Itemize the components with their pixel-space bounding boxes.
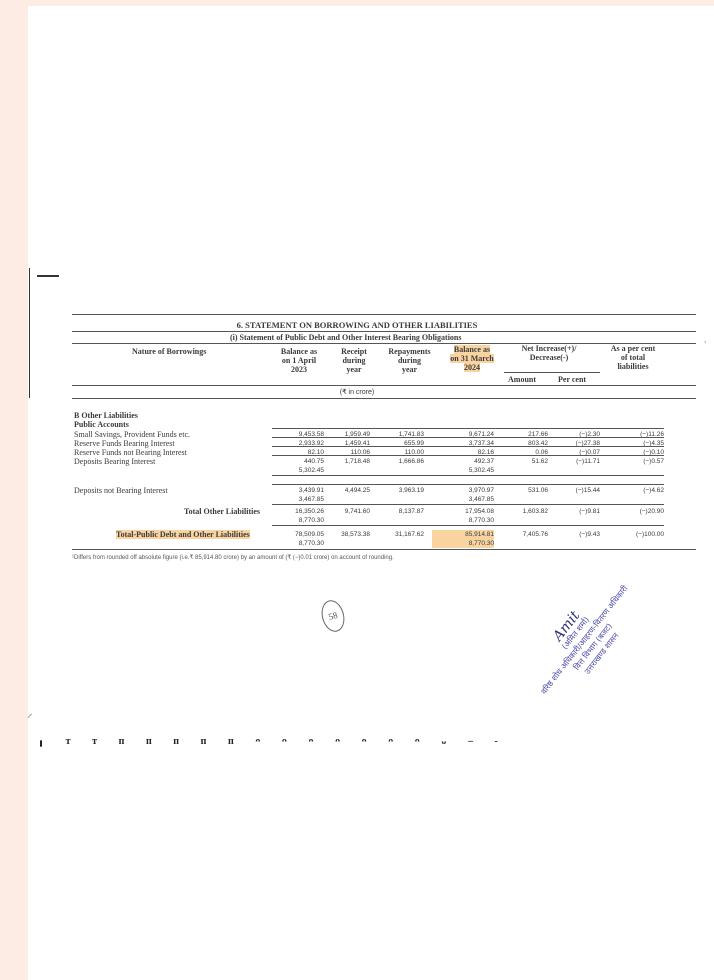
row-rule (272, 437, 664, 438)
header-receipt: Receiptduringyear (334, 347, 374, 374)
header-nature: Nature of Borrowings (132, 347, 206, 356)
margin-tick: , (704, 334, 707, 345)
row-label: Reserve Funds not Bearing Interest (74, 448, 187, 457)
total-other-opening: 16,350.26 (272, 507, 324, 516)
cell-closing: 3,970.97 (432, 486, 494, 495)
row-label: Reserve Funds Bearing Interest (74, 439, 175, 448)
row-label: Small Savings, Provident Funds etc. (74, 430, 190, 439)
row-label: Deposits Bearing Interest (74, 457, 155, 466)
subsection-label: Public Accounts (74, 420, 129, 429)
total-rule (272, 525, 664, 526)
total-other-repayment: 8,137.87 (372, 507, 424, 516)
bottom-rule (72, 549, 696, 550)
cell-repayment: 1,666.86 (372, 457, 424, 466)
footnote: ¹Differs from rounded off absolute figur… (72, 554, 394, 563)
stray-mark: ⸝ (27, 706, 33, 721)
header-opening: Balance ason 1 April2023 (274, 347, 324, 374)
cell-percent: (−)15.44 (548, 486, 600, 495)
statement-subtitle: (i) Statement of Public Debt and Other I… (230, 333, 461, 342)
row-rule (272, 428, 664, 429)
total-other-label: Total Other Liabilities (184, 507, 260, 516)
row-rule (272, 455, 664, 456)
cell-amount: 531.06 (500, 486, 548, 495)
total-public-label: Total-Public Debt and Other Liabilities (116, 530, 250, 539)
total-public-opening: 78,509.05 (272, 530, 324, 539)
unit-rule (72, 398, 696, 399)
total-other-closing: 17,954.08 (432, 507, 494, 516)
total-public-opening-secondary: 8,770.30 (272, 539, 324, 548)
header-closing: Balance as on 31 March 2024 (444, 345, 500, 372)
binding-marks: ╻ᴛᴛᴨᴨᴨᴨᴨᴖᴖᴖᴖᴖᴖᴖᴗ–- (38, 736, 498, 747)
cell-closing-secondary: 3,467.85 (432, 495, 494, 504)
row-rule (272, 475, 664, 476)
header-share: As a per centof totalliabilities (600, 344, 666, 371)
row-rule (272, 504, 664, 505)
row-rule (272, 446, 664, 447)
cell-share: (−)4.62 (602, 486, 664, 495)
total-public-percent: (−)9.43 (548, 530, 600, 539)
cell-closing: 492.37 (432, 457, 494, 466)
total-public-closing-secondary: 8,770.30 (432, 539, 494, 548)
cell-opening-secondary: 3,467.85 (272, 495, 324, 504)
unit-note: (₹ in crore) (322, 388, 392, 397)
cell-percent: (−)11.71 (548, 457, 600, 466)
margin-dash (37, 275, 59, 277)
cell-receipt: 1,718.48 (322, 457, 370, 466)
header-net-change: Net Increase(+)/Decrease(-) (504, 344, 594, 362)
cell-opening: 440.75 (272, 457, 324, 466)
header-rule (72, 385, 696, 386)
cell-closing-secondary: 5,302.45 (432, 466, 494, 475)
header-net-percent: Per cent (558, 375, 586, 384)
total-public-share: (−)100.00 (602, 530, 664, 539)
total-other-amount: 1,603.82 (500, 507, 548, 516)
margin-line (29, 268, 30, 398)
row-label: Deposits not Bearing Interest (74, 486, 168, 495)
total-public-amount: 7,405.76 (500, 530, 548, 539)
statement-title: 6. STATEMENT ON BORROWING AND OTHER LIAB… (222, 321, 492, 330)
header-repayment: Repaymentsduringyear (382, 347, 437, 374)
top-rule (72, 314, 696, 315)
total-other-opening-secondary: 8,770.30 (272, 516, 324, 525)
net-change-rule (504, 372, 600, 373)
total-public-receipt: 38,573.38 (322, 530, 370, 539)
total-public-closing: 85,914.81 (432, 530, 494, 539)
row-rule (272, 484, 664, 485)
cell-opening-secondary: 5,302.45 (272, 466, 324, 475)
cell-opening: 3,439.91 (272, 486, 324, 495)
total-other-share: (−)20.90 (602, 507, 664, 516)
total-other-receipt: 9,741.60 (322, 507, 370, 516)
cell-share: (−)0.57 (602, 457, 664, 466)
header-net-amount: Amount (508, 375, 536, 384)
total-public-repayment: 31,167.62 (372, 530, 424, 539)
cell-amount: 51.62 (500, 457, 548, 466)
title-rule (72, 331, 696, 332)
total-other-closing-secondary: 8,770.30 (432, 516, 494, 525)
cell-receipt: 4,494.25 (322, 486, 370, 495)
section-label: B Other Liabilities (74, 411, 138, 420)
cell-repayment: 3,963.19 (372, 486, 424, 495)
total-other-percent: (−)9.81 (548, 507, 600, 516)
